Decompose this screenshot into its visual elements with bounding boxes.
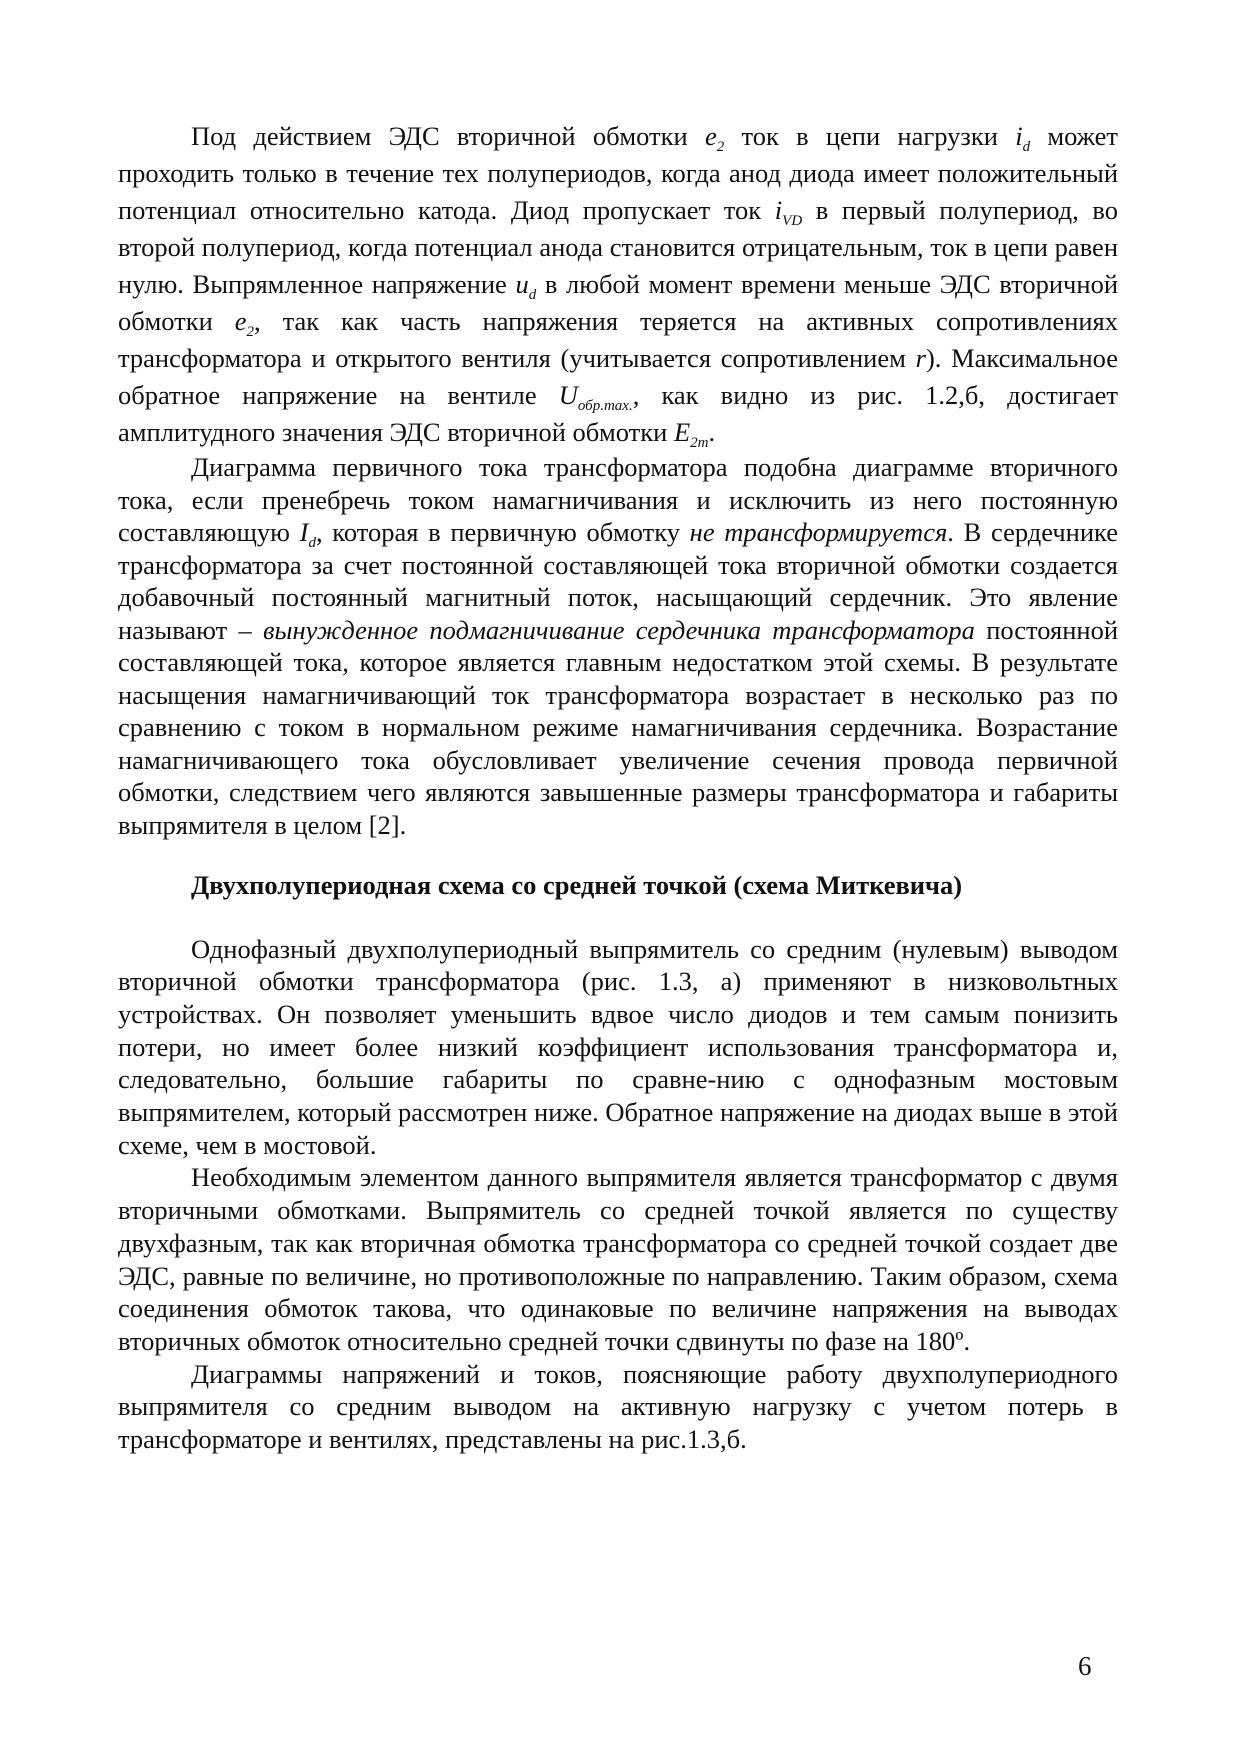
section-heading: Двухполупериодная схема со средней точко… [118,869,1118,903]
text: постоянной составляющей тока, которое яв… [118,615,1118,840]
text: ток в цепи нагрузки [724,121,1015,151]
text: . [708,417,715,447]
symbol-base: E [674,417,690,447]
symbol-id: id [1015,121,1030,151]
text: Под действием ЭДС вторичной обмотки [191,121,705,151]
text: , которая в первичную обмотку [316,517,690,547]
symbol-ud: ud [515,269,536,299]
emphasis-term: вынужденное подмагничивание сердечника т… [263,615,975,645]
symbol-subscript: d [1023,139,1031,155]
paragraph-primary-current: Диаграмма первичного тока трансформатора… [118,451,1118,841]
symbol-Id: Id [300,517,316,547]
paragraph-diagram-reference: Диаграммы напряжений и токов, поясняющие… [118,1358,1118,1456]
paragraph-transformer-requirement: Необходимым элементом данного выпрямител… [118,1161,1118,1357]
symbol-ivd: iVD [775,195,802,225]
symbol-subscript: обр.max. [578,398,633,414]
symbol-base: i [1015,121,1022,151]
symbol-subscript: 2 [247,324,255,340]
symbol-u-obr-max: Uобр.max. [559,380,633,410]
symbol-e2: e2 [235,306,254,336]
symbol-subscript: VD [782,213,802,229]
symbol-e2m: E2m [674,417,709,447]
symbol-subscript: 2m [690,435,708,451]
symbol-r: r [916,343,926,373]
symbol-base: e [235,306,247,336]
page-number: 6 [1078,1651,1092,1682]
paragraph-center-tap-intro: Однофазный двухполупериодный выпрямитель… [118,933,1118,1162]
symbol-base: e [705,121,717,151]
symbol-base: u [515,269,528,299]
emphasis-term: не трансформируется [690,517,948,547]
paragraph-half-wave-operation: Под действием ЭДС вторичной обмотки e2 т… [118,118,1118,451]
symbol-base: U [559,380,578,410]
document-page: Под действием ЭДС вторичной обмотки e2 т… [118,118,1118,1456]
symbol-e2: e2 [705,121,724,151]
